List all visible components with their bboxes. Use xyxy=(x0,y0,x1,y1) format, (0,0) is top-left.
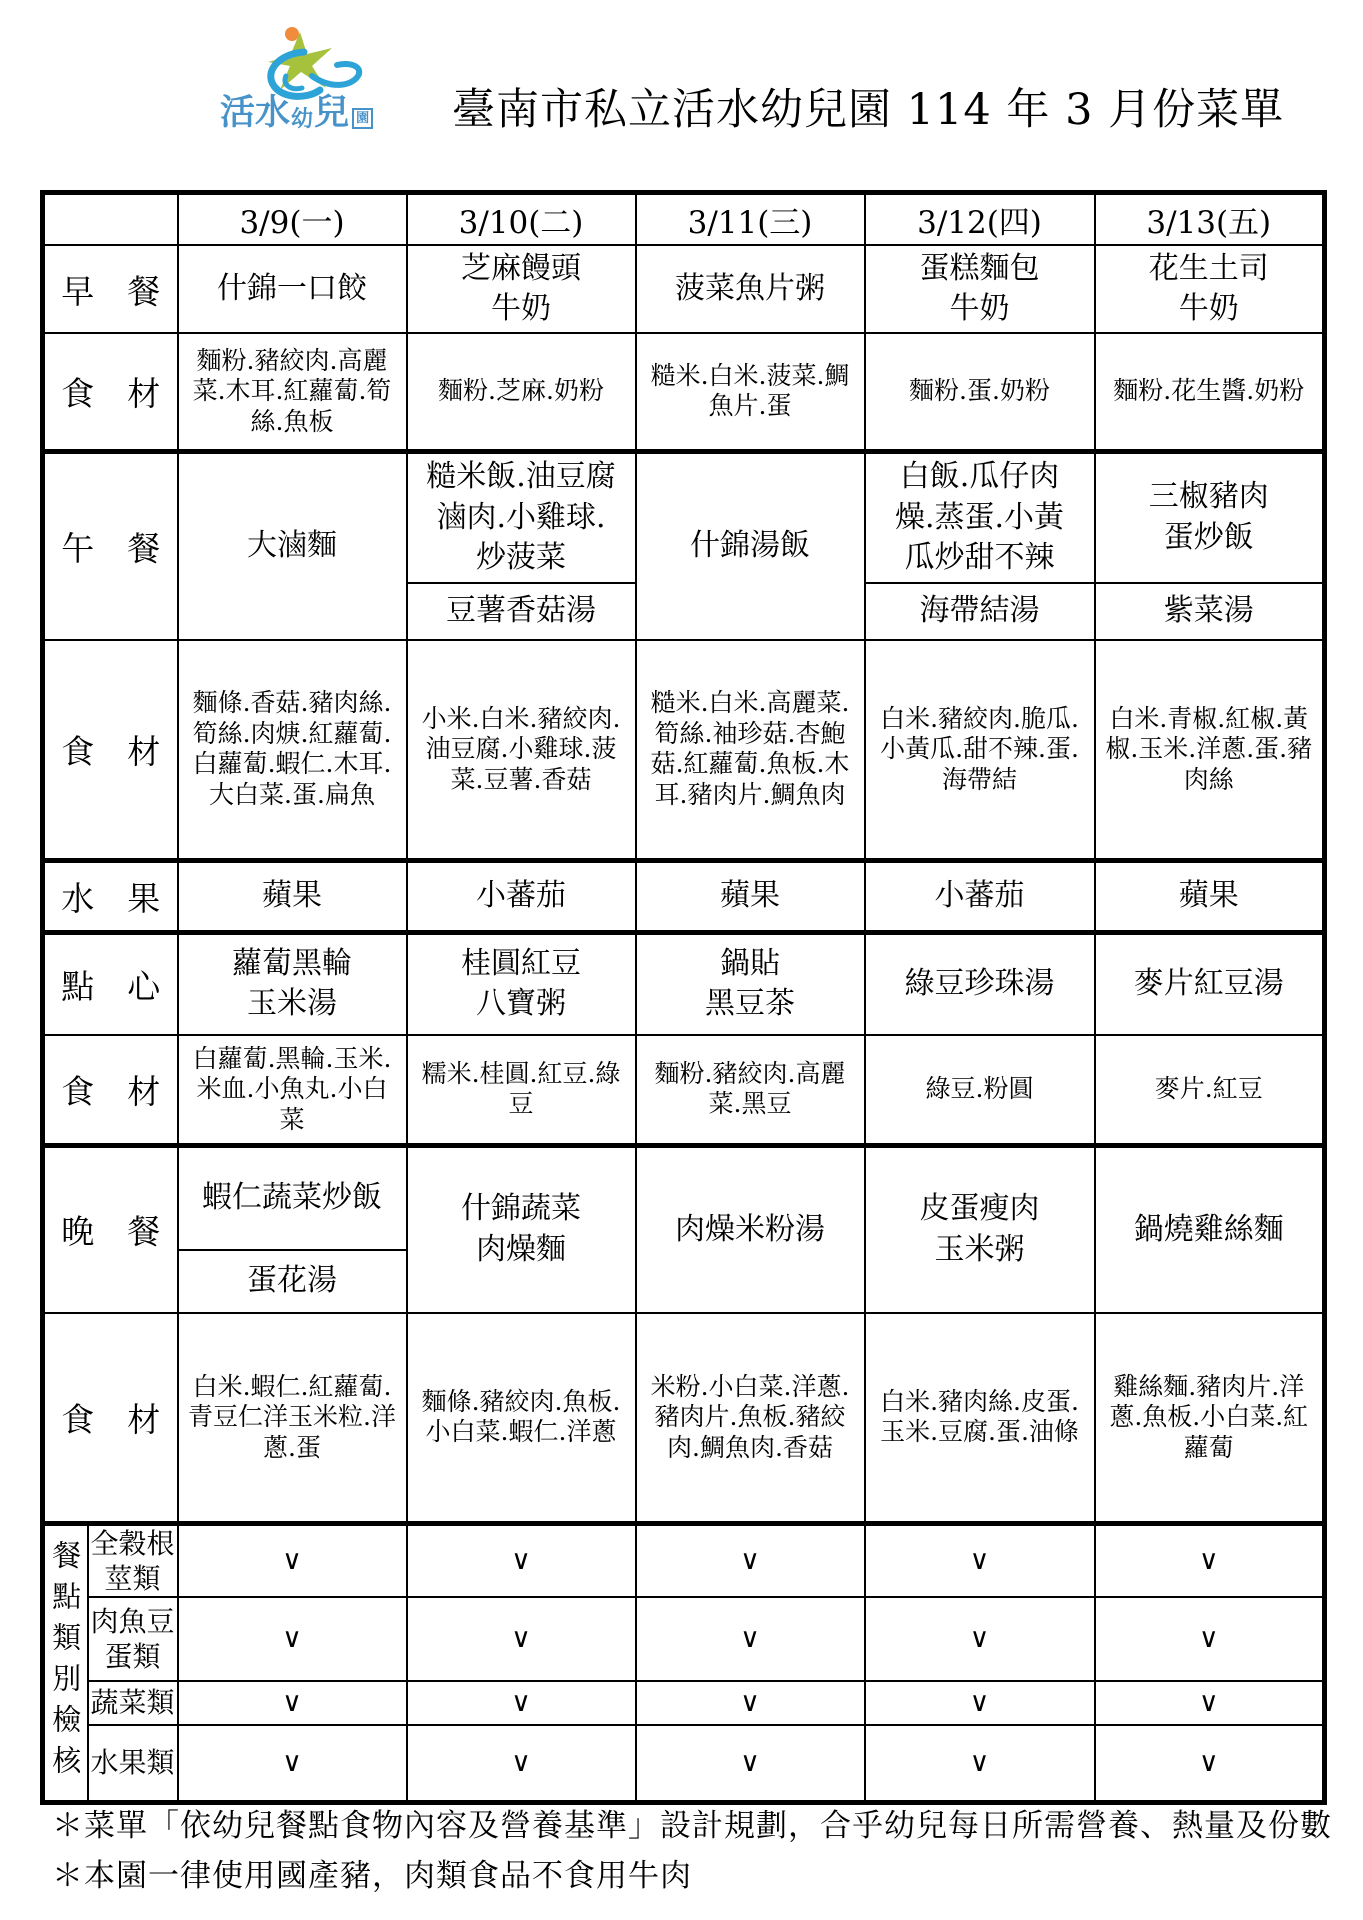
lunch-ingredients-cell: 小米.白米.豬絞肉.油豆腐.小雞球.菠菜.豆薯.香菇 xyxy=(407,640,636,860)
check-mark: ∨ xyxy=(865,1597,1095,1681)
date-header-cell: 3/12(四) xyxy=(865,193,1095,246)
check-mark: ∨ xyxy=(178,1725,407,1803)
dinner-ingredients-cell: 雞絲麵.豬肉片.洋蔥.魚板.小白菜.紅蘿蔔 xyxy=(1095,1313,1325,1523)
page-title: 臺南市私立活水幼兒園 114 年 3 月份菜單 xyxy=(452,76,1284,137)
check-group-label: 餐點類別檢核 xyxy=(43,1523,88,1803)
lunch-soup-cell: 海帶結湯 xyxy=(865,583,1095,640)
breakfast-row-label: 早 餐 xyxy=(43,245,178,333)
check-mark: ∨ xyxy=(1095,1725,1325,1803)
check-category-label: 肉魚豆蛋類 xyxy=(88,1597,178,1681)
logo-char: 幼 xyxy=(291,109,313,131)
check-category-label: 水果類 xyxy=(88,1725,178,1803)
check-mark: ∨ xyxy=(1095,1681,1325,1725)
check-mark: ∨ xyxy=(636,1597,865,1681)
snack-ingredients-cell: 麵粉.豬絞肉.高麗菜.黑豆 xyxy=(636,1035,865,1145)
fruit-cell: 蘋果 xyxy=(636,860,865,932)
snack-cell: 桂圓紅豆 八寶粥 xyxy=(407,932,636,1035)
lunch-soup-cell: 豆薯香菇湯 xyxy=(407,583,636,640)
lunch-main-cell: 什錦湯飯 xyxy=(636,451,865,640)
check-mark: ∨ xyxy=(865,1523,1095,1597)
lunch-soup-cell: 紫菜湯 xyxy=(1095,583,1325,640)
lunch-row-label: 午 餐 xyxy=(43,451,178,640)
logo-char: 活 xyxy=(220,96,255,131)
snack-ingredients-cell: 麥片.紅豆 xyxy=(1095,1035,1325,1145)
logo-char: 水 xyxy=(255,96,290,131)
date-header-cell: 3/13(五) xyxy=(1095,193,1325,246)
snack-cell: 綠豆珍珠湯 xyxy=(865,932,1095,1035)
breakfast-cell: 花生土司 牛奶 xyxy=(1095,245,1325,333)
check-mark: ∨ xyxy=(178,1597,407,1681)
date-header-cell: 3/11(三) xyxy=(636,193,865,246)
footnote: ＊本園一律使用國產豬，肉類食品不食用牛肉 xyxy=(52,1850,692,1895)
fruit-cell: 蘋果 xyxy=(178,860,407,932)
check-mark: ∨ xyxy=(865,1681,1095,1725)
logo-char-boxed: 園 xyxy=(352,108,373,129)
snack-ingredients-cell: 糯米.桂圓.紅豆.綠豆 xyxy=(407,1035,636,1145)
snack-cell: 蘿蔔黑輪 玉米湯 xyxy=(178,932,407,1035)
snack-ingredients-cell: 綠豆.粉圓 xyxy=(865,1035,1095,1145)
corner-cell xyxy=(43,193,178,246)
breakfast-ingredients-cell: 麵粉.芝麻.奶粉 xyxy=(407,333,636,451)
footnote: ＊菜單「依幼兒餐點食物內容及營養基準」設計規劃，合乎幼兒每日所需營養、熱量及份數 xyxy=(52,1800,1332,1845)
lunch-ingredients-cell: 麵條.香菇.豬肉絲.筍絲.肉焿.紅蘿蔔.白蘿蔔.蝦仁.木耳.大白菜.蛋.扁魚 xyxy=(178,640,407,860)
date-header-cell: 3/10(二) xyxy=(407,193,636,246)
check-category-label: 全穀根莖類 xyxy=(88,1523,178,1597)
check-mark: ∨ xyxy=(178,1681,407,1725)
lunch-main-cell: 三椒豬肉 蛋炒飯 xyxy=(1095,451,1325,583)
fruit-cell: 小蕃茄 xyxy=(865,860,1095,932)
check-category-label: 蔬菜類 xyxy=(88,1681,178,1725)
breakfast-cell: 什錦一口餃 xyxy=(178,245,407,333)
check-mark: ∨ xyxy=(636,1523,865,1597)
dinner-main-cell: 什錦蔬菜 肉燥麵 xyxy=(407,1145,636,1313)
lunch-ingredients-cell: 糙米.白米.高麗菜.筍絲.袖珍菇.杏鮑菇.紅蘿蔔.魚板.木耳.豬肉片.鯛魚肉 xyxy=(636,640,865,860)
dinner-main-cell: 蝦仁蔬菜炒飯 xyxy=(178,1145,407,1250)
breakfast-ingredients-cell: 麵粉.花生醬.奶粉 xyxy=(1095,333,1325,451)
lunch-ingredients-cell: 白米.青椒.紅椒.黃椒.玉米.洋蔥.蛋.豬肉絲 xyxy=(1095,640,1325,860)
lunch-main-cell: 白飯.瓜仔肉 燥.蒸蛋.小黃 瓜炒甜不辣 xyxy=(865,451,1095,583)
breakfast-cell: 菠菜魚片粥 xyxy=(636,245,865,333)
fruit-cell: 蘋果 xyxy=(1095,860,1325,932)
logo-sun-dot-icon xyxy=(285,27,299,41)
logo-char: 兒 xyxy=(314,96,349,131)
dinner-ingredients-cell: 白米.豬肉絲.皮蛋.玉米.豆腐.蛋.油條 xyxy=(865,1313,1095,1523)
ingredients-row-label: 食 材 xyxy=(43,333,178,451)
check-mark: ∨ xyxy=(407,1597,636,1681)
fruit-cell: 小蕃茄 xyxy=(407,860,636,932)
snack-cell: 鍋貼 黑豆茶 xyxy=(636,932,865,1035)
date-header-cell: 3/9(一) xyxy=(178,193,407,246)
fruit-row-label: 水 果 xyxy=(43,860,178,932)
snack-ingredients-cell: 白蘿蔔.黑輪.玉米.米血.小魚丸.小白菜 xyxy=(178,1035,407,1145)
dinner-main-cell: 肉燥米粉湯 xyxy=(636,1145,865,1313)
school-logo: 活 水 幼 兒 園 xyxy=(190,24,425,142)
check-mark: ∨ xyxy=(407,1681,636,1725)
lunch-ingredients-cell: 白米.豬絞肉.脆瓜.小黃瓜.甜不辣.蛋.海帶結 xyxy=(865,640,1095,860)
dinner-ingredients-cell: 麵條.豬絞肉.魚板.小白菜.蝦仁.洋蔥 xyxy=(407,1313,636,1523)
snack-cell: 麥片紅豆湯 xyxy=(1095,932,1325,1035)
ingredients-row-label: 食 材 xyxy=(43,1035,178,1145)
lunch-main-cell: 糙米飯.油豆腐 滷肉.小雞球. 炒菠菜 xyxy=(407,451,636,583)
check-mark: ∨ xyxy=(1095,1597,1325,1681)
lunch-main-cell: 大滷麵 xyxy=(178,451,407,640)
dinner-main-cell: 鍋燒雞絲麵 xyxy=(1095,1145,1325,1313)
breakfast-ingredients-cell: 麵粉.蛋.奶粉 xyxy=(865,333,1095,451)
check-mark: ∨ xyxy=(865,1725,1095,1803)
breakfast-cell: 芝麻饅頭 牛奶 xyxy=(407,245,636,333)
check-mark: ∨ xyxy=(407,1523,636,1597)
dinner-row-label: 晚 餐 xyxy=(43,1145,178,1313)
logo-swoosh-right-icon xyxy=(312,64,359,85)
ingredients-row-label: 食 材 xyxy=(43,1313,178,1523)
snack-row-label: 點 心 xyxy=(43,932,178,1035)
ingredients-row-label: 食 材 xyxy=(43,640,178,860)
dinner-soup-cell: 蛋花湯 xyxy=(178,1250,407,1313)
dinner-ingredients-cell: 米粉.小白菜.洋蔥.豬肉片.魚板.豬絞肉.鯛魚肉.香菇 xyxy=(636,1313,865,1523)
check-mark: ∨ xyxy=(178,1523,407,1597)
menu-table: 3/9(一) 3/10(二) 3/11(三) 3/12(四) 3/13(五) 早… xyxy=(40,190,1327,1805)
dinner-main-cell: 皮蛋瘦肉 玉米粥 xyxy=(865,1145,1095,1313)
logo-text: 活 水 幼 兒 園 xyxy=(220,96,373,131)
breakfast-ingredients-cell: 糙米.白米.菠菜.鯛魚片.蛋 xyxy=(636,333,865,451)
check-mark: ∨ xyxy=(1095,1523,1325,1597)
check-mark: ∨ xyxy=(407,1725,636,1803)
check-mark: ∨ xyxy=(636,1681,865,1725)
check-mark: ∨ xyxy=(636,1725,865,1803)
dinner-ingredients-cell: 白米.蝦仁.紅蘿蔔.青豆仁洋玉米粒.洋蔥.蛋 xyxy=(178,1313,407,1523)
breakfast-ingredients-cell: 麵粉.豬絞肉.高麗菜.木耳.紅蘿蔔.筍絲.魚板 xyxy=(178,333,407,451)
breakfast-cell: 蛋糕麵包 牛奶 xyxy=(865,245,1095,333)
